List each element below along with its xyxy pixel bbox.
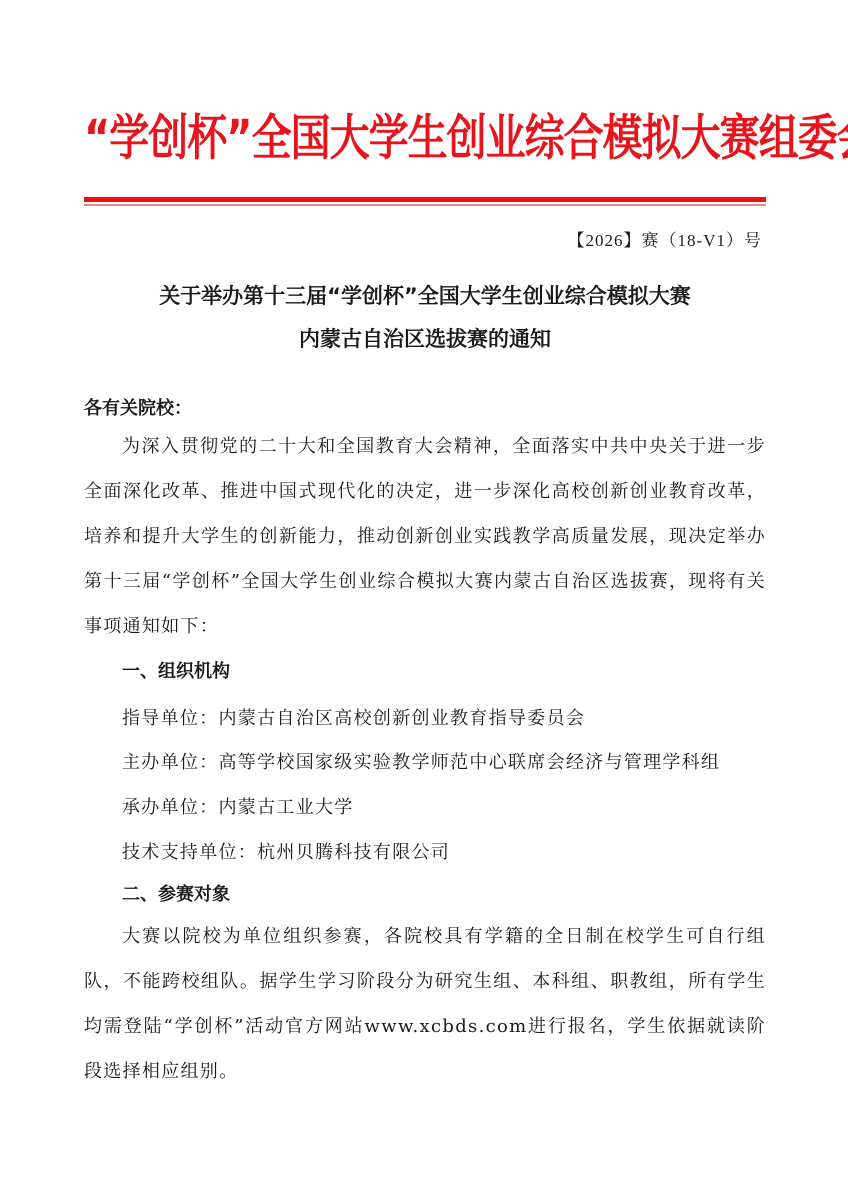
tech-support-unit: 技术支持单位：杭州贝腾科技有限公司 [122, 838, 450, 864]
section-heading-organization: 一、组织机构 [122, 657, 230, 683]
host-unit: 主办单位：高等学校国家级实验教学师范中心联席会经济与管理学科组 [122, 748, 720, 774]
document-number: 【2026】赛（18-V1）号 [568, 226, 762, 251]
header-rule-thin [84, 204, 766, 206]
guiding-unit: 指导单位：内蒙古自治区高校创新创业教育指导委员会 [122, 704, 585, 730]
participants-paragraph: 大赛以院校为单位组织参赛，各院校具有学籍的全日制在校学生可自行组队，不能跨校组队… [84, 914, 766, 1094]
masthead-organization: “学创杯”全国大学生创业综合模拟大赛组委会 [84, 112, 766, 166]
section-heading-participants: 二、参赛对象 [122, 880, 230, 906]
organizer-unit: 承办单位：内蒙古工业大学 [122, 793, 354, 819]
header-rule-thick [84, 197, 766, 202]
document-title-line2: 内蒙古自治区选拔赛的通知 [84, 323, 766, 353]
intro-paragraph: 为深入贯彻党的二十大和全国教育大会精神，全面落实中共中央关于进一步全面深化改革、… [84, 424, 766, 649]
document-title-line1: 关于举办第十三届“学创杯”全国大学生创业综合模拟大赛 [84, 280, 766, 310]
salutation: 各有关院校： [84, 394, 192, 420]
